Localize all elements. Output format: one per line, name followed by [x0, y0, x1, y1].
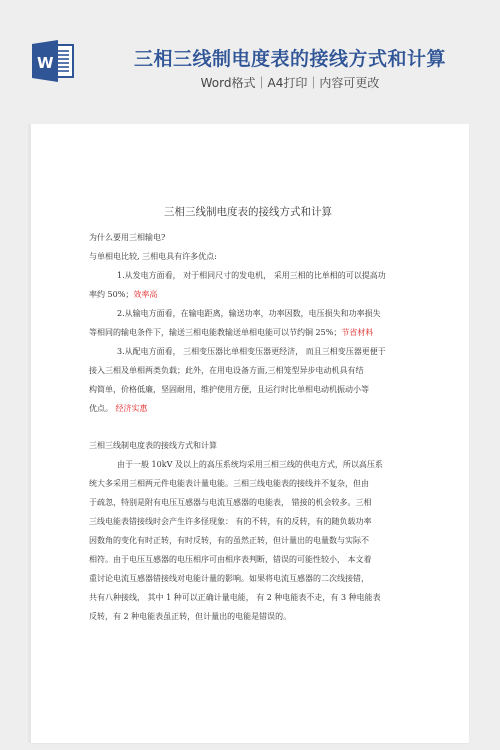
section-line: 共有八种接线， 其中 1 种可以正确计量电能， 有 2 种电能表不走，有 3 种… — [89, 588, 407, 607]
point-3-line: 3.从配电方面看， 三相变压器比单相变压器更经济， 而且三相变压器更便于 — [89, 342, 407, 361]
section-line: 三线电能表错接线时会产生许多怪现象： 有的不转，有的反转，有的随负载功率 — [89, 512, 407, 531]
point-2-line: 2.从输电方面看，在输电距离，输送功率，功率因数，电压损失和功率损失 — [89, 304, 407, 323]
svg-text:W: W — [37, 54, 54, 72]
point-3-line: 构简单，价格低廉，坚固耐用，维护使用方便，且运行时比单相电动机振动小等 — [89, 380, 407, 399]
point-3-highlight: 经济实惠 — [116, 404, 148, 413]
spacer — [89, 418, 407, 436]
point-1-text: 率约 50%； — [89, 290, 133, 299]
section-line: 统大多采用三相两元件电能表计量电能。三相三线电能表的接线并不复杂，但由 — [89, 474, 407, 493]
header: W 三相三线制电度表的接线方式和计算 Word格式｜A4打印｜内容可更改 — [0, 0, 500, 120]
point-1-highlight: 效率高 — [133, 290, 157, 299]
section-line: 于疏忽，特别是附有电压互感器与电流互感器的电能表， 错接的机会较多。三相 — [89, 493, 407, 512]
document-page: 三相三线制电度表的接线方式和计算 为什么要用三相输电? 与单相电比较, 三相电具… — [31, 124, 469, 743]
point-3-text: 优点。 — [89, 404, 116, 413]
point-3-line: 接入三相及单相两类负载；此外，在用电设备方面,三相笼型异步电动机具有结 — [89, 361, 407, 380]
intro-line: 与单相电比较, 三相电具有许多优点: — [89, 247, 407, 266]
point-1-line: 1.从发电方面看， 对于相同尺寸的发电机， 采用三相的比单相的可以提高功 — [89, 266, 407, 285]
section-line: 重讨论电流互感器错接线对电能计量的影响。如果将电流互感器的二次线接错， — [89, 569, 407, 588]
word-document-icon: W — [31, 40, 77, 82]
point-2-line: 等相同的输电条件下，输送三相电能教输送单相电能可以节约铜 25%；节省材料 — [89, 323, 407, 342]
section-line: 由于一般 10kV 及以上的高压系统均采用三相三线的供电方式，所以高压系 — [89, 455, 407, 474]
page-subtitle: Word格式｜A4打印｜内容可更改 — [100, 74, 480, 91]
intro-line: 为什么要用三相输电? — [89, 228, 407, 247]
section-line: 因数角的变化有时正转，有时反转，有的虽然正转，但计量出的电量数与实际不 — [89, 531, 407, 550]
document-body: 三相三线制电度表的接线方式和计算 为什么要用三相输电? 与单相电比较, 三相电具… — [89, 204, 407, 626]
section-heading: 三相三线制电度表的接线方式和计算 — [89, 436, 407, 455]
point-2-highlight: 节省材料 — [341, 328, 373, 337]
point-2-text: 等相同的输电条件下，输送三相电能教输送单相电能可以节约铜 25%； — [89, 328, 341, 337]
document-title: 三相三线制电度表的接线方式和计算 — [89, 204, 407, 220]
point-3-line: 优点。 经济实惠 — [89, 399, 407, 418]
section-line: 相符。由于电压互感器的电压相序可由相序表判断，错误的可能性较小， 本文着 — [89, 550, 407, 569]
section-line: 反转，有 2 种电能表虽正转，但计量出的电能是错误的。 — [89, 607, 407, 626]
point-1-line: 率约 50%；效率高 — [89, 285, 407, 304]
page-title: 三相三线制电度表的接线方式和计算 — [100, 44, 480, 71]
